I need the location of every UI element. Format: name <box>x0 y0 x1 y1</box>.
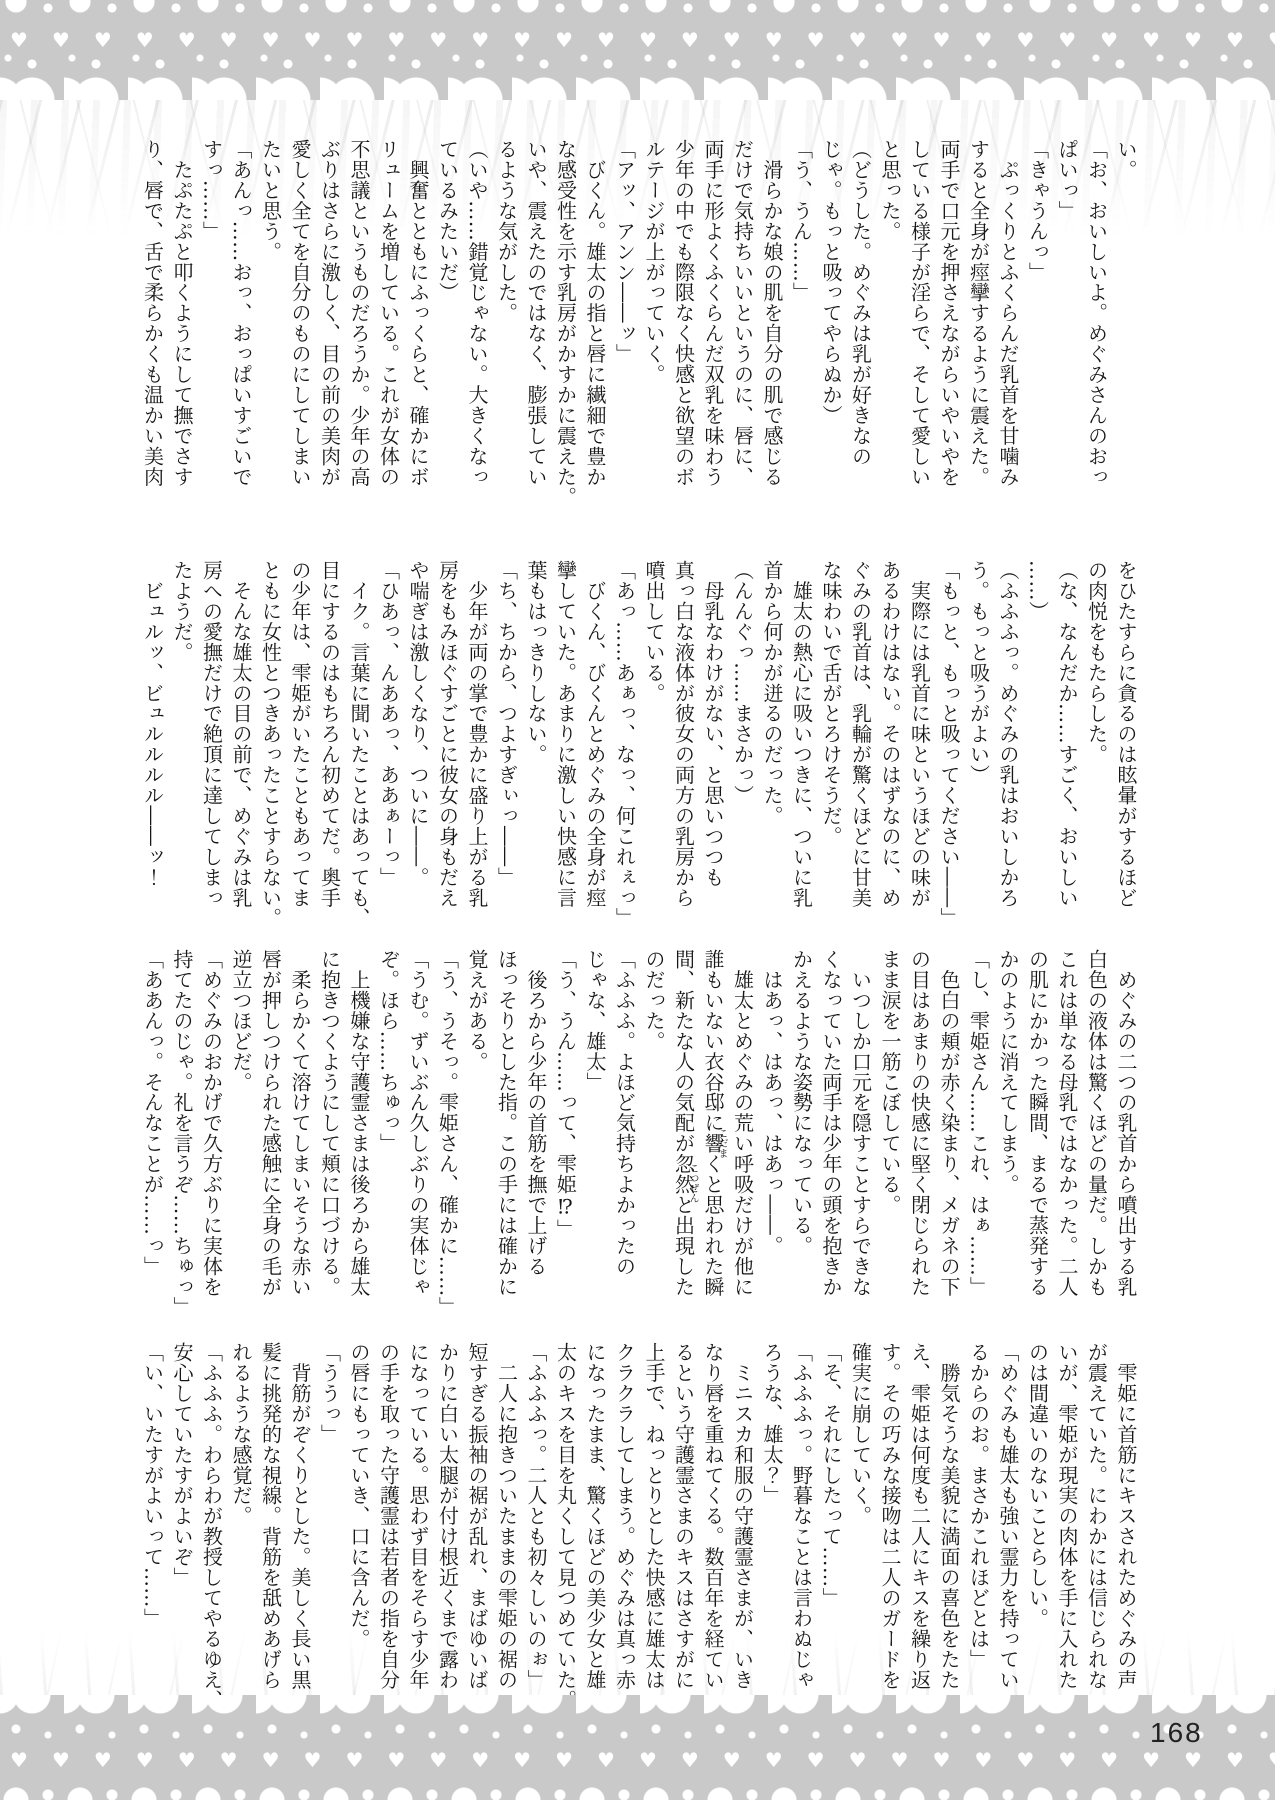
text-column: 「し、雫姫さん……これ、はぁ……」 <box>963 949 993 1301</box>
text-column: ろうな、雄太？」 <box>757 1342 787 1694</box>
text-column: （な、なんだか……すごく、おいしい <box>1052 560 1082 912</box>
text-column: 二人に抱きついたままの雫姫の裾の <box>491 1342 521 1694</box>
text-column: 「ふふふっ。野暮なことは言わぬじゃ <box>786 1342 816 1694</box>
text-column: 唇が押しつけられた感触に全身の毛が <box>255 949 285 1301</box>
furigana-kotsuzen: こつぜん <box>687 1163 697 1203</box>
text-column: ぱいっ」 <box>1052 139 1082 491</box>
text-column: り、唇で、舌で柔らかくも温かい美肉 <box>137 139 167 491</box>
text-column: 「そ、それにしたって……」 <box>816 1342 846 1694</box>
lace-hearts-row: ♥♥♥♥♥♥♥♥♥♥♥♥♥♥♥♥♥♥♥♥♥♥♥♥♥♥♥♥♥♥♥♥♥♥♥♥♥♥♥♥ <box>0 30 1275 50</box>
text-column: の手を取った守護霊は若者の指を自分 <box>373 1342 403 1694</box>
text-column: ぞ。ほら……ちゅっ」 <box>373 949 403 1301</box>
text-column: 少年が両の掌で豊かに盛り上がる乳 <box>462 560 492 912</box>
text-column: 逆立つほどだ。 <box>226 949 256 1301</box>
text-column: これは単なる母乳ではなかった。二人 <box>1052 949 1082 1301</box>
text-column: に抱きつくようにして頬に口づける。 <box>314 949 344 1301</box>
text-column: の肉悦をもたらした。 <box>1081 560 1111 912</box>
text-column: 目にするのはもちろん初めてだ。奥手 <box>314 560 344 912</box>
text-column: （いや……錯覚じゃない。大きくなっ <box>462 139 492 491</box>
text-column: かえるような姿勢になっている。 <box>786 949 816 1301</box>
text-column: かのように消えてしまう。 <box>993 949 1023 1301</box>
text-column: 「ふふふ。わらわが教授してやるゆえ、 <box>196 1342 226 1694</box>
text-column: と思った。 <box>875 139 905 491</box>
text-band-3: めぐみの二つの乳首から噴出する乳白色の液体は驚くほどの量だ。しかもこれは単なる母… <box>137 949 1140 1301</box>
text-column: え、雫姫は何度も二人にキスを繰り返 <box>904 1342 934 1694</box>
text-column: や喘ぎは激しくなり、ついに――。 <box>403 560 433 912</box>
text-column: たぷたぷと叩くようにして撫でさす <box>167 139 197 491</box>
text-column: るという守護霊さまのキスはさすがに <box>668 1342 698 1694</box>
text-column: な感受性を示す乳房がかすかに震えた。 <box>550 139 580 491</box>
text-column: 「アッ、アンン――ッ」 <box>609 139 639 491</box>
text-column: が震えていた。にわかには信じられな <box>1081 1342 1111 1694</box>
lace-hearts-row: ♥♥♥♥♥♥♥♥♥♥♥♥♥♥♥♥♥♥♥♥♥♥♥♥♥♥♥♥♥♥♥♥♥♥♥♥♥♥♥♥ <box>0 1750 1275 1770</box>
book-page: ♥♥♥♥♥♥♥♥♥♥♥♥♥♥♥♥♥♥♥♥♥♥♥♥♥♥♥♥♥♥♥♥♥♥♥♥♥♥♥♥… <box>0 0 1275 1800</box>
lace-border-top: ♥♥♥♥♥♥♥♥♥♥♥♥♥♥♥♥♥♥♥♥♥♥♥♥♥♥♥♥♥♥♥♥♥♥♥♥♥♥♥♥ <box>0 0 1275 100</box>
text-column: 持てたのじゃ。礼を言うぞ……ちゅっ」 <box>167 949 197 1301</box>
text-column: 背筋がぞくりとした。美しく長い黒 <box>285 1342 315 1694</box>
text-column: 髪に挑発的な視線。背筋を舐めあげら <box>255 1342 285 1694</box>
text-column: ビュルッ、ビュルルルル――ッ！ <box>137 560 167 912</box>
text-column: 上手で、ねっとりとした快感に雄太は <box>639 1342 669 1694</box>
text-column: 滑らかな娘の肌を自分の肌で感じる <box>757 139 787 491</box>
text-column: ほっそりとした指。この手には確かに <box>491 949 521 1301</box>
text-column: すると全身が痙攣するように震えた。 <box>963 139 993 491</box>
text-column: 愛しく全てを自分のものにしてしまい <box>285 139 315 491</box>
text-column: のだった。 <box>639 949 669 1301</box>
text-column: の目はあまりの快感に堅く閉じられた <box>904 949 934 1301</box>
text-column: の唇にもっていき、口に含んだ。 <box>344 1342 374 1694</box>
lace-border-bottom: ♥♥♥♥♥♥♥♥♥♥♥♥♥♥♥♥♥♥♥♥♥♥♥♥♥♥♥♥♥♥♥♥♥♥♥♥♥♥♥♥ <box>0 1695 1275 1800</box>
text-column: （ふふふっ。めぐみの乳はおいしかろ <box>993 560 1023 912</box>
text-column: 真っ白な液体が彼女の両方の乳房から <box>668 560 698 912</box>
text-column: （んんぐっ……まさかっ） <box>727 560 757 912</box>
text-column: 「ああんっ。そんなことが……っ」 <box>137 949 167 1301</box>
text-column: ミニスカ和服の守護霊さまが、いき <box>727 1342 757 1694</box>
text-column: う。もっと吸うがよい） <box>963 560 993 912</box>
text-column: ぐみの乳首は、乳輪が驚くほどに甘美 <box>845 560 875 912</box>
text-column: 攣していた。あまりに激しい快感に言 <box>550 560 580 912</box>
text-column: 「めぐみも雄太も強い霊力を持ってい <box>993 1342 1023 1694</box>
text-column: 色白の頬が赤く染まり、メガネの下 <box>934 949 964 1301</box>
text-column: 覚えがある。 <box>462 949 492 1301</box>
text-column: （どうした。めぐみは乳が好きなの <box>845 139 875 491</box>
text-column: 首から何かが迸るのだった。 <box>757 560 787 912</box>
text-column: 房をもみほぐすごとに彼女の身もだえ <box>432 560 462 912</box>
text-column: になっている。思わず目をそらす少年 <box>403 1342 433 1694</box>
text-column: るからのお。まさかこれほどとは」 <box>963 1342 993 1694</box>
text-column: はあっ、はあっ、はあっ――。 <box>757 949 787 1301</box>
text-band-4: 雫姫に首筋にキスされためぐみの声が震えていた。にわかには信じられないが、雫姫が現… <box>137 1342 1140 1694</box>
text-column: の肌にかかった瞬間、まるで蒸発する <box>1022 949 1052 1301</box>
text-column: 短すぎる振袖の裾が乱れ、まばゆいば <box>462 1342 492 1694</box>
text-band-2: をひたすらに貪るのは眩暈がするほどの肉悦をもたらした。（な、なんだか……すごく、… <box>137 560 1140 912</box>
text-column: 間、新たな人の気配が忽然と出現した <box>668 949 698 1301</box>
text-column: 「お、おいしいよ。めぐみさんのおっ <box>1081 139 1111 491</box>
text-column: の少年は、雫姫がいたこともあってま <box>285 560 315 912</box>
text-column: ともに女性とつきあったことすらない。 <box>255 560 285 912</box>
text-column: 太のキスを目を丸くして見つめていた。 <box>550 1342 580 1694</box>
text-column: 「ち、ちから、つよすぎぃっ――」 <box>491 560 521 912</box>
text-column: じゃな、雄太」 <box>580 949 610 1301</box>
text-column: イク。言葉に聞いたことはあっても、 <box>344 560 374 912</box>
furigana-kodama: こだま <box>716 1128 726 1158</box>
text-column: 雄太の熱心に吸いつきに、ついに乳 <box>786 560 816 912</box>
text-column: 後ろから少年の首筋を撫で上げる <box>521 949 551 1301</box>
text-column: いや、震えたのではなく、膨張してい <box>521 139 551 491</box>
text-column: 両手に形よくふくらんだ双乳を味わう <box>698 139 728 491</box>
text-column: 「あっ……あぁっ、なっ、何これぇっ」 <box>609 560 639 912</box>
text-column: 興奮とともにふっくらと、確かにボ <box>403 139 433 491</box>
text-column: かりに白い太腿が付け根近くまで露わ <box>432 1342 462 1694</box>
text-column: 葉もはっきりしない。 <box>521 560 551 912</box>
text-column: ……） <box>1022 560 1052 912</box>
text-column: 「あんっ……おっ、おっぱいすごいで <box>226 139 256 491</box>
text-column: 白色の液体は驚くほどの量だ。しかも <box>1081 949 1111 1301</box>
text-column: 雄太とめぐみの荒い呼吸だけが他に <box>727 949 757 1301</box>
text-column: すっ……」 <box>196 139 226 491</box>
text-column: 確実に崩していく。 <box>845 1342 875 1694</box>
text-column: じゃ。もっと吸ってやらぬか） <box>816 139 846 491</box>
text-column: 「ひあっ、んああっ、ああぁーっ」 <box>373 560 403 912</box>
text-column: いが、雫姫が現実の肉体を手に入れた <box>1052 1342 1082 1694</box>
text-column: 安心していたすがよいぞ」 <box>167 1342 197 1694</box>
text-column: している様子が淫らで、そして愛しい <box>904 139 934 491</box>
text-column: 房への愛撫だけで絶頂に達してしまっ <box>196 560 226 912</box>
text-column: 勝気そうな美貌に満面の喜色をたた <box>934 1342 964 1694</box>
text-column: 少年の中でも際限なく快感と欲望のボ <box>668 139 698 491</box>
text-column: そんな雄太の目の前で、めぐみは乳 <box>226 560 256 912</box>
text-column: す。その巧みな接吻は二人のガードを <box>875 1342 905 1694</box>
text-column: のは間違いのないことらしい。 <box>1022 1342 1052 1694</box>
text-column: びくん。雄太の指と唇に繊細で豊か <box>580 139 610 491</box>
text-column: 「きゃうんっ」 <box>1022 139 1052 491</box>
text-column: たいと思う。 <box>255 139 285 491</box>
text-column: びくん、びくんとめぐみの全身が痙 <box>580 560 610 912</box>
text-column: ルテージが上がっていく。 <box>639 139 669 491</box>
text-column: たようだ。 <box>167 560 197 912</box>
text-column: るような気がした。 <box>491 139 521 491</box>
text-column: 上機嫌な守護霊さまは後ろから雄太 <box>344 949 374 1301</box>
text-column: 「ふふふ。よほど気持ちよかったの <box>609 949 639 1301</box>
text-column: な味わいで舌がとろけそうだ。 <box>816 560 846 912</box>
page-number: 168 <box>1150 1717 1203 1749</box>
text-column: になったまま、驚くほどの美少女と雄 <box>580 1342 610 1694</box>
text-column: 「う、うん……」 <box>786 139 816 491</box>
text-column: ているみたいだ） <box>432 139 462 491</box>
text-column: あるわけはない。そのはずなのに、め <box>875 560 905 912</box>
text-column: い。 <box>1111 139 1141 491</box>
text-column: リュームを増している。これが女体の <box>373 139 403 491</box>
text-column: 「めぐみのおかげで久方ぶりに実体を <box>196 949 226 1301</box>
text-column: 雫姫に首筋にキスされためぐみの声 <box>1111 1342 1141 1694</box>
text-column: まま涙を一筋こぼしている。 <box>875 949 905 1301</box>
text-column: ぶりはさらに激しく、目の前の美肉が <box>314 139 344 491</box>
text-column: 「う、うそっ。雫姫さん、確かに……」 <box>432 949 462 1301</box>
text-column: れるような感覚だ。 <box>226 1342 256 1694</box>
text-column: 「ふふふっ。二人とも初々しいのぉ」 <box>521 1342 551 1694</box>
text-column: 「い、いたすがよいって……」 <box>137 1342 167 1694</box>
text-column: いつしか口元を隠すことすらできな <box>845 949 875 1301</box>
text-column: くなっていた両手は少年の頭を抱きか <box>816 949 846 1301</box>
text-column: 実際には乳首に味というほどの味が <box>904 560 934 912</box>
text-column: 誰もいない衣谷邸に響くと思われた瞬 <box>698 949 728 1301</box>
text-column: なり唇を重ねてくる。数百年を経てい <box>698 1342 728 1694</box>
text-column: 不思議というものだろうか。少年の高 <box>344 139 374 491</box>
text-column: をひたすらに貪るのは眩暈がするほど <box>1111 560 1141 912</box>
text-column: 「ううっ」 <box>314 1342 344 1694</box>
text-band-1: い。「お、おいしいよ。めぐみさんのおっぱいっ」「きゃうんっ」 ぷっくりとふくらん… <box>137 139 1140 491</box>
text-column: めぐみの二つの乳首から噴出する乳 <box>1111 949 1141 1301</box>
text-column: 「うむ。ずいぶん久しぶりの実体じゃ <box>403 949 433 1301</box>
text-column: 「もっと、もっと吸ってください――」 <box>934 560 964 912</box>
text-column: 柔らかくて溶けてしまいそうな赤い <box>285 949 315 1301</box>
text-column: 噴出している。 <box>639 560 669 912</box>
text-column: 母乳なわけがない、と思いつつも <box>698 560 728 912</box>
text-column: 「う、うん……って、雫姫⁉」 <box>550 949 580 1301</box>
text-column: だけで気持ちいいというのに、唇に、 <box>727 139 757 491</box>
text-column: クラクラしてしまう。めぐみは真っ赤 <box>609 1342 639 1694</box>
text-column: 両手で口元を押さえながらいやいやを <box>934 139 964 491</box>
text-column: ぷっくりとふくらんだ乳首を甘噛み <box>993 139 1023 491</box>
